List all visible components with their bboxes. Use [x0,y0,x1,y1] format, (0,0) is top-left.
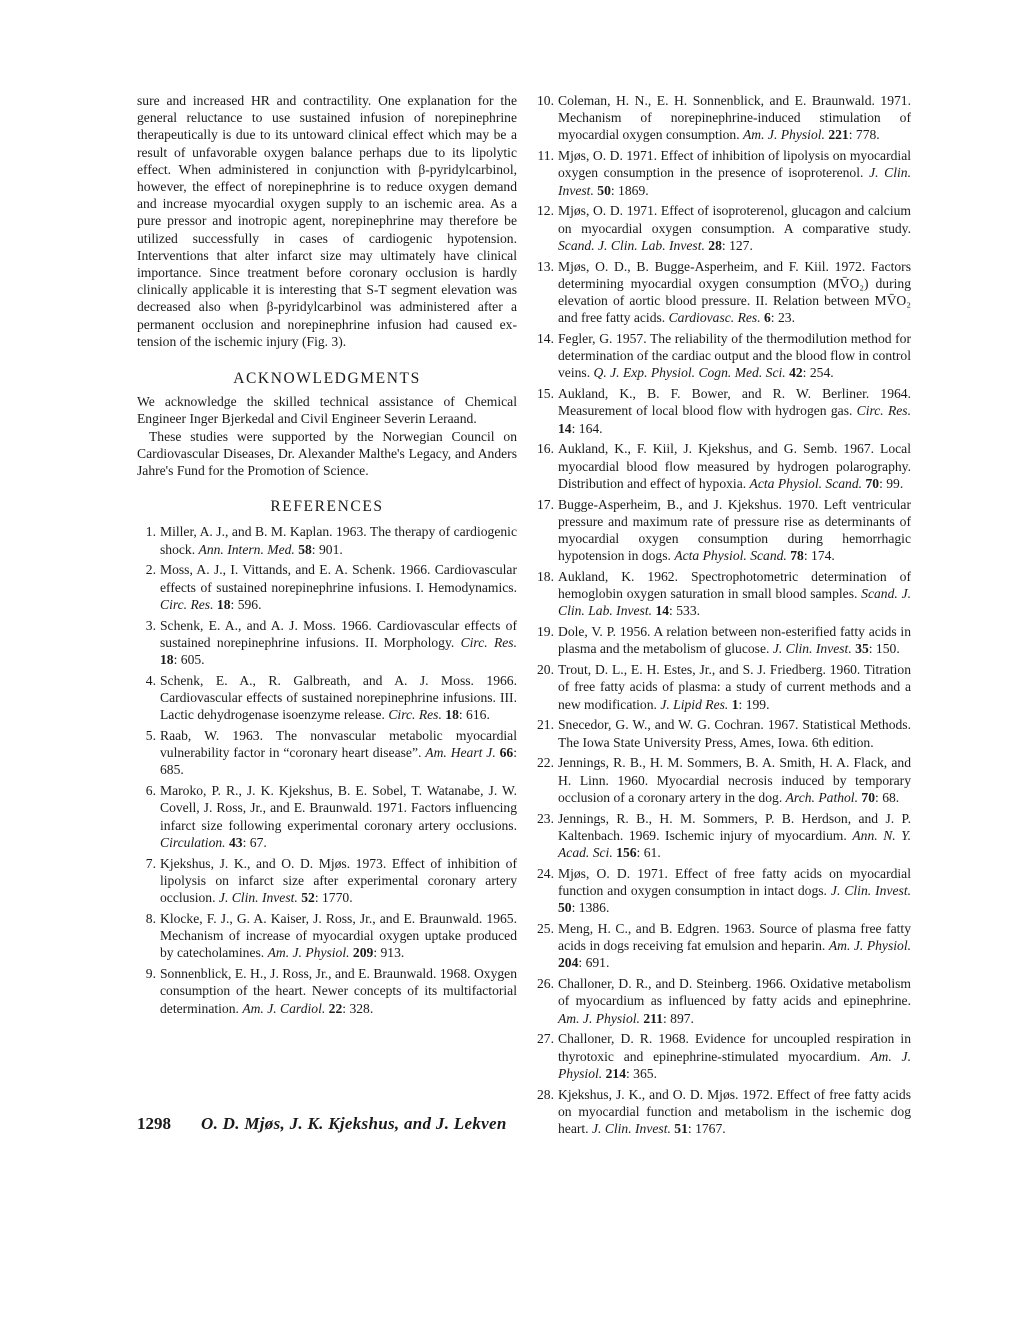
reference-journal: J. Clin. Invest. [831,883,911,898]
reference-pages: 897. [670,1011,694,1026]
reference-volume: 22 [329,1001,343,1016]
reference-item: 16.Aukland, K., F. Kiil, J. Kjekshus, an… [533,440,911,492]
reference-number: 27. [533,1030,554,1047]
reference-item: 1.Miller, A. J., and B. M. Kaplan. 1963.… [137,523,517,557]
reference-item: 27.Challoner, D. R. 1968. Evidence for u… [533,1030,911,1082]
reference-pages: 1767. [695,1121,726,1136]
reference-volume: 209 [353,945,373,960]
reference-item: 14.Fegler, G. 1957. The reliability of t… [533,330,911,382]
left-column: sure and increased HR and contractility.… [137,92,517,1020]
reference-item: 7.Kjekshus, J. K., and O. D. Mjøs. 1973.… [137,855,517,907]
reference-volume: 1 [732,697,739,712]
reference-number: 4. [137,672,156,689]
reference-journal: Am. J. Physiol. [829,938,911,953]
reference-journal: Circulation. [160,835,226,850]
reference-item: 12.Mjøs, O. D. 1971. Effect of isoproter… [533,202,911,254]
reference-pages: 199. [746,697,770,712]
reference-pages: 1770. [322,890,353,905]
reference-pages: 913. [381,945,405,960]
reference-volume: 35 [855,641,869,656]
reference-pages: 127. [729,238,753,253]
reference-volume: 214 [606,1066,626,1081]
reference-item: 13.Mjøs, O. D., B. Bugge-Asperheim, and … [533,258,911,327]
reference-journal: Am. Heart J. [425,745,495,760]
reference-journal: Circ. Res. [461,635,517,650]
right-column: 10.Coleman, H. N., E. H. Sonnenblick, an… [533,92,911,1141]
reference-volume: 221 [828,127,848,142]
reference-item: 17.Bugge-Asperheim, B., and J. Kjekshus.… [533,496,911,565]
reference-number: 16. [533,440,554,457]
reference-number: 24. [533,865,554,882]
reference-journal: Ann. Intern. Med. [199,542,295,557]
reference-item: 4.Schenk, E. A., R. Galbreath, and A. J.… [137,672,517,724]
reference-journal: J. Clin. Invest. [592,1121,671,1136]
reference-list-left: 1.Miller, A. J., and B. M. Kaplan. 1963.… [137,523,517,1016]
reference-number: 19. [533,623,554,640]
reference-pages: 1386. [579,900,610,915]
reference-number: 21. [533,716,554,733]
reference-number: 8. [137,910,156,927]
reference-number: 26. [533,975,554,992]
reference-volume: 50 [558,900,572,915]
reference-volume: 18 [445,707,459,722]
reference-item: 5.Raab, W. 1963. The nonvascular metabol… [137,727,517,779]
reference-pages: 68. [882,790,899,805]
reference-volume: 51 [674,1121,688,1136]
reference-pages: 67. [250,835,267,850]
reference-number: 14. [533,330,554,347]
reference-number: 9. [137,965,156,982]
reference-pages: 328. [349,1001,373,1016]
reference-item: 11.Mjøs, O. D. 1971. Effect of inhibitio… [533,147,911,199]
reference-journal: Am. J. Physiol. [743,127,825,142]
reference-number: 18. [533,568,554,585]
reference-pages: 778. [856,127,880,142]
reference-text: Aukland, K. 1962. Spectrophotometric det… [558,569,911,601]
reference-volume: 78 [790,548,804,563]
reference-item: 15.Aukland, K., B. F. Bower, and R. W. B… [533,385,911,437]
reference-journal: Cardio­vasc. Res. [669,310,761,325]
reference-pages: 596. [238,597,262,612]
reference-pages: 533. [676,603,700,618]
reference-pages: 150. [876,641,900,656]
reference-volume: 18 [217,597,231,612]
reference-text: Schenk, E. A., R. Galbreath, and A. J. M… [160,673,517,722]
reference-item: 9.Sonnenblick, E. H., J. Ross, Jr., and … [137,965,517,1017]
reference-text: Maroko, P. R., J. K. Kjekshus, B. E. Sob… [160,783,517,832]
reference-item: 22.Jennings, R. B., H. M. Sommers, B. A.… [533,754,911,806]
reference-text: Moss, A. J., I. Vittands, and E. A. Sche… [160,562,517,594]
reference-text: Challoner, D. R. 1968. Evidence for unco… [558,1031,911,1063]
reference-volume: 66 [500,745,514,760]
reference-volume: 52 [301,890,315,905]
reference-pages: 61. [644,845,661,860]
references-heading: REFERENCES [137,498,517,515]
reference-journal: J. Clin. Invest. [219,890,298,905]
reference-journal: Acta Physiol. Scand. [750,476,863,491]
reference-volume: 211 [643,1011,663,1026]
reference-volume: 43 [229,835,243,850]
reference-list-right: 10.Coleman, H. N., E. H. Sonnenblick, an… [533,92,911,1137]
reference-item: 2.Moss, A. J., I. Vittands, and E. A. Sc… [137,561,517,613]
reference-number: 13. [533,258,554,275]
reference-volume: 204 [558,955,578,970]
reference-journal: J. Lipid Res. [660,697,728,712]
reference-number: 3. [137,617,156,634]
reference-pages: 164. [579,421,603,436]
reference-text: Snecedor, G. W., and W. G. Cochran. 1967… [558,717,911,749]
reference-pages: 365. [633,1066,657,1081]
body-paragraph: sure and increased HR and contractility.… [137,92,517,350]
reference-number: 25. [533,920,554,937]
reference-number: 1. [137,523,156,540]
reference-number: 20. [533,661,554,678]
reference-number: 2. [137,561,156,578]
reference-text: Challoner, D. R., and D. Steinberg. 1966… [558,976,911,1008]
reference-text: Mjøs, O. D. 1971. Effect of inhibition o… [558,148,911,180]
reference-item: 20.Trout, D. L., E. H. Estes, Jr., and S… [533,661,911,713]
reference-pages: 23. [778,310,795,325]
reference-item: 21.Snecedor, G. W., and W. G. Cochran. 1… [533,716,911,750]
reference-journal: Circ. Res. [160,597,214,612]
reference-volume: 70 [861,790,875,805]
reference-text: Jennings, R. B., H. M. Sommers, B. A. Sm… [558,755,911,804]
reference-volume: 6 [764,310,771,325]
reference-volume: 50 [597,183,611,198]
reference-pages: 1869. [618,183,649,198]
reference-item: 8.Klocke, F. J., G. A. Kaiser, J. Ross, … [137,910,517,962]
reference-volume: 14 [655,603,669,618]
reference-number: 23. [533,810,554,827]
reference-volume: 28 [708,238,722,253]
reference-item: 24.Mjøs, O. D. 1971. Effect of free fatt… [533,865,911,917]
reference-journal: Am. J. Physiol. [558,1011,640,1026]
reference-pages: 685. [160,762,184,777]
reference-item: 19.Dole, V. P. 1956. A relation between … [533,623,911,657]
reference-number: 12. [533,202,554,219]
reference-number: 6. [137,782,156,799]
reference-text: Mjøs, O. D. 1971. Effect of isoprotereno… [558,203,911,235]
reference-item: 10.Coleman, H. N., E. H. Sonnenblick, an… [533,92,911,144]
acknowledgments-paragraph: These studies were supported by the Norw… [137,428,517,480]
acknowledgments-heading: ACKNOWLEDGMENTS [137,370,517,387]
reference-item: 28.Kjekshus, J. K., and O. D. Mjøs. 1972… [533,1086,911,1138]
reference-item: 25.Meng, H. C., and B. Edgren. 1963. Sou… [533,920,911,972]
reference-volume: 156 [616,845,636,860]
reference-pages: 254. [810,365,834,380]
reference-journal: Circ. Res. [857,403,911,418]
reference-pages: 616. [466,707,490,722]
reference-journal: J. Clin. Invest. [773,641,852,656]
reference-number: 11. [533,147,554,164]
reference-number: 10. [533,92,554,109]
reference-journal: Arch. Pathol. [786,790,858,805]
reference-journal: Scand. J. Clin. Lab. Invest. [558,238,705,253]
reference-volume: 70 [865,476,879,491]
reference-volume: 58 [298,542,312,557]
reference-item: 18.Aukland, K. 1962. Spectrophotometric … [533,568,911,620]
reference-pages: 174. [811,548,835,563]
reference-journal: Q. J. Exp. Physiol. Cogn. Med. Sci. [594,365,786,380]
reference-volume: 14 [558,421,572,436]
reference-item: 3.Schenk, E. A., and A. J. Moss. 1966. C… [137,617,517,669]
reference-journal: Am. J. Cardiol. [242,1001,325,1016]
acknowledgments-paragraph: We acknowledge the skilled technical ass… [137,393,517,427]
reference-number: 7. [137,855,156,872]
reference-volume: 42 [789,365,803,380]
reference-pages: 99. [886,476,903,491]
reference-number: 15. [533,385,554,402]
reference-number: 28. [533,1086,554,1103]
reference-journal: Am. J. Physiol. [268,945,350,960]
running-authors: O. D. Mjøs, J. K. Kjekshus, and J. Lekve… [201,1114,507,1134]
reference-item: 23.Jennings, R. B., H. M. Sommers, P. B.… [533,810,911,862]
reference-pages: 901. [319,542,343,557]
reference-item: 6.Maroko, P. R., J. K. Kjekshus, B. E. S… [137,782,517,851]
reference-pages: 605. [181,652,205,667]
reference-volume: 18 [160,652,174,667]
reference-number: 22. [533,754,554,771]
reference-pages: 691. [586,955,610,970]
reference-journal: Circ. Res. [388,707,442,722]
reference-journal: Acta Physiol. Scand. [674,548,787,563]
reference-number: 5. [137,727,156,744]
reference-item: 26.Challoner, D. R., and D. Steinberg. 1… [533,975,911,1027]
page-number: 1298 [137,1114,171,1134]
reference-number: 17. [533,496,554,513]
